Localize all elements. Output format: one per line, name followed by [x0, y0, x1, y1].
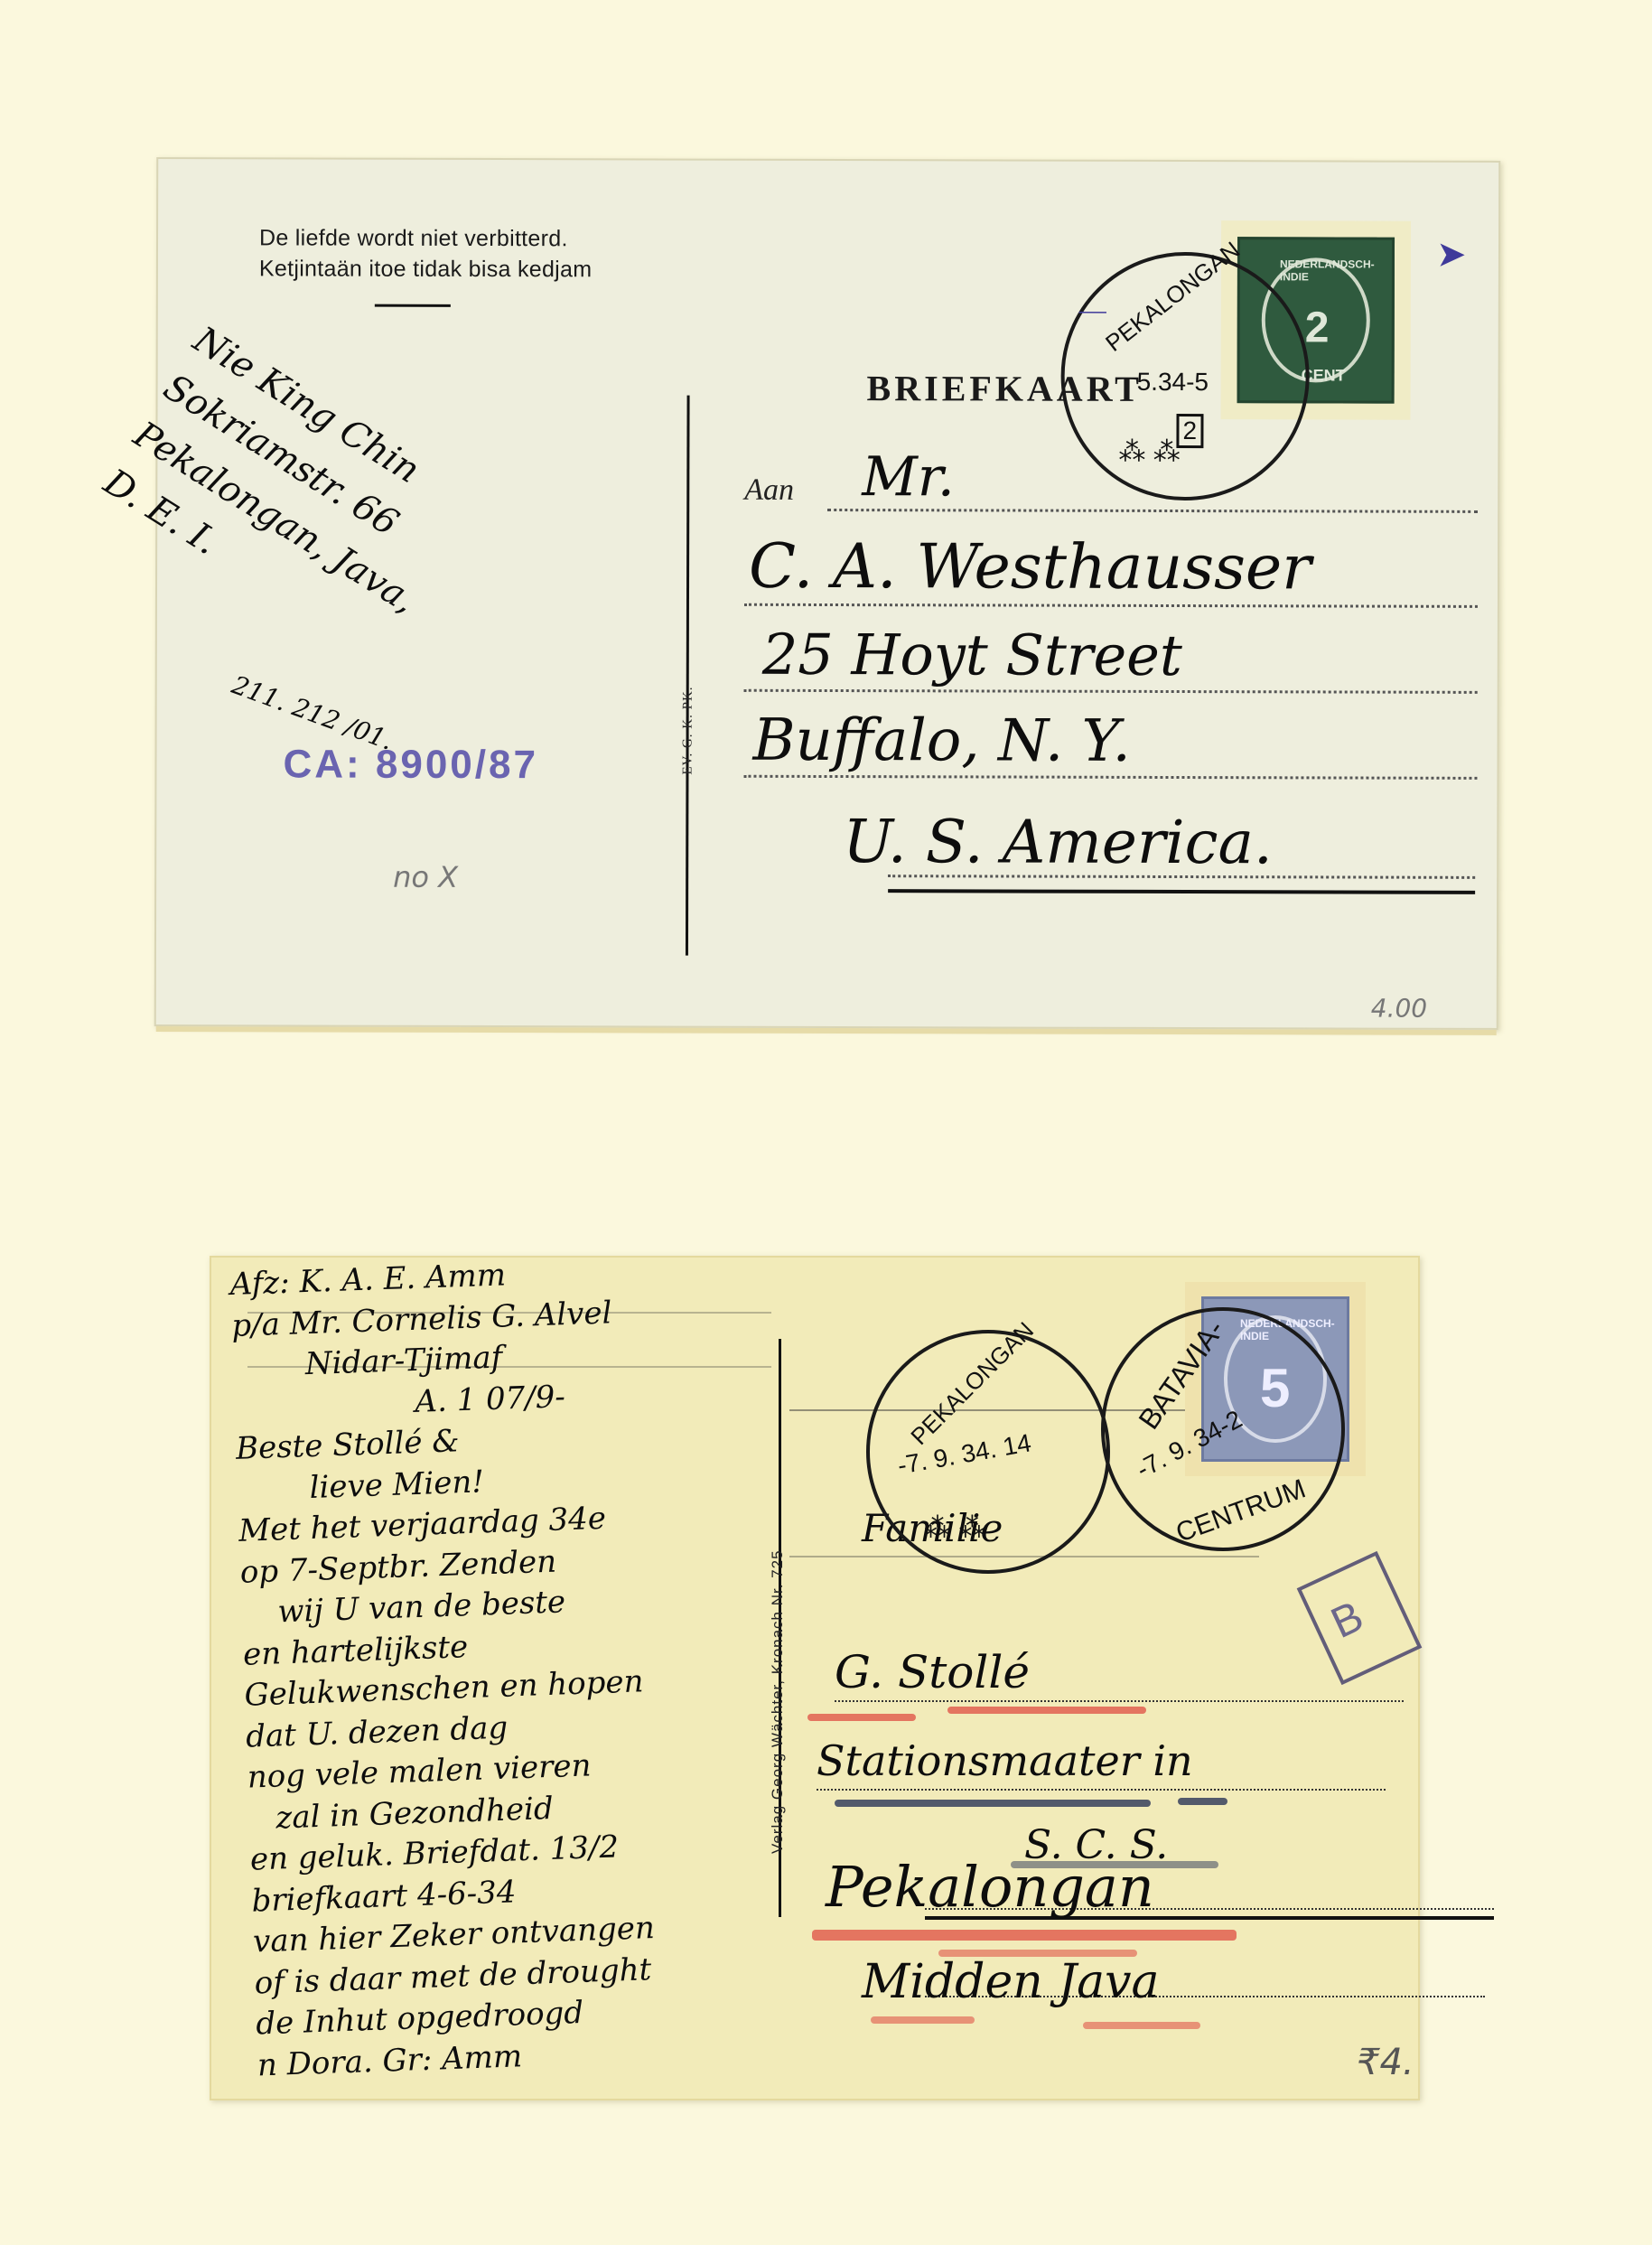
address-dotted-line [817, 1789, 1386, 1791]
motto-line-malay: Ketjintaän itoe tidak bisa kedjam [259, 253, 593, 285]
recipient-region: Midden Java [862, 1955, 1159, 2009]
price-note: 4.00 [1371, 994, 1427, 1024]
sender-address: Nie King Chin Sokriamstr. 66 Pekalongan,… [93, 313, 487, 675]
postcard-message-side: Afz: K. A. E. Amm p/a Mr. Cornelis G. Al… [210, 1256, 1420, 2100]
address-dotted-line [827, 509, 1478, 513]
stamp-country: NEDERLANDSCH-INDIE [1280, 257, 1392, 283]
recipient-city: Buffalo, N. Y. [752, 707, 1131, 775]
recipient-street: 25 Hoyt Street [762, 622, 1182, 688]
recipient-occupation: Stationsmaater in [817, 1736, 1193, 1785]
address-dotted-line [744, 689, 1478, 694]
registration-letter: B [1324, 1592, 1371, 1649]
recipient-city: Pekalongan [826, 1854, 1154, 1920]
address-dotted-line [835, 1700, 1404, 1702]
red-crayon-mark [871, 2016, 975, 2024]
pointer-arrow-icon: ➤ [1436, 233, 1467, 276]
publisher-imprint: Verlag Georg Wächter, Kronach Nr. 725 [769, 1549, 787, 1854]
message-text: Afz: K. A. E. Amm p/a Mr. Cornelis G. Al… [229, 1250, 659, 2086]
card-divider [686, 396, 690, 956]
postmark-pekalongan: PEKALONGAN -7. 9. 34. 14 ⁂ ⁂ [866, 1330, 1110, 1574]
recipient-name: G. Stollé [835, 1646, 1030, 1698]
address-dotted-line [744, 603, 1478, 608]
motto-line-dutch: De liefde wordt niet verbitterd. [259, 222, 593, 254]
postmark-town: PEKALONGAN [1100, 236, 1245, 357]
address-prefix: Aan [744, 473, 794, 508]
red-crayon-mark [812, 1930, 1237, 1941]
recipient-country: U. S. America. [843, 807, 1273, 877]
postcard-front-briefkaart: De liefde wordt niet verbitterd. Ketjint… [154, 157, 1501, 1030]
stamp-denomination: 2 [1305, 303, 1330, 352]
registration-mark: B [1297, 1551, 1423, 1685]
blue-crayon-mark [835, 1800, 1151, 1807]
address-underline [888, 889, 1475, 894]
printer-imprint: EV. G. K. PK. [680, 686, 695, 774]
motto-rule [375, 304, 451, 307]
postmark-date: 5.34-5 [1137, 368, 1209, 397]
red-crayon-mark [1083, 2022, 1200, 2029]
motto: De liefde wordt niet verbitterd. Ketjint… [259, 222, 593, 285]
postmark-star-icon: ⁂ ⁂ [924, 1512, 985, 1544]
postmark-subtown: CENTRUM [1172, 1473, 1311, 1548]
postmark-code: 2 [1176, 414, 1203, 448]
price-note: ₹4. [1357, 2042, 1414, 2083]
recipient-title: Mr. [862, 445, 955, 509]
address-dotted-line [743, 775, 1477, 780]
blue-crayon-mark [1178, 1798, 1227, 1805]
pointer-arrow-line-icon: — [1079, 295, 1106, 326]
pencil-note: no X [393, 860, 458, 894]
recipient-name: C. A. Westhausser [749, 531, 1311, 604]
postmark-batavia-centrum: BATAVIA- -7. 9. 34-2 CENTRUM [1101, 1307, 1345, 1551]
red-crayon-mark [947, 1707, 1146, 1714]
postmark-star-icon: ⁂ ⁂ [1118, 436, 1180, 468]
censor-stamp: CA: 8900/87 [283, 742, 538, 788]
postmark-pekalongan: PEKALONGAN 5.34-5 2 ⁂ ⁂ [1060, 252, 1310, 501]
red-crayon-mark [807, 1714, 916, 1721]
